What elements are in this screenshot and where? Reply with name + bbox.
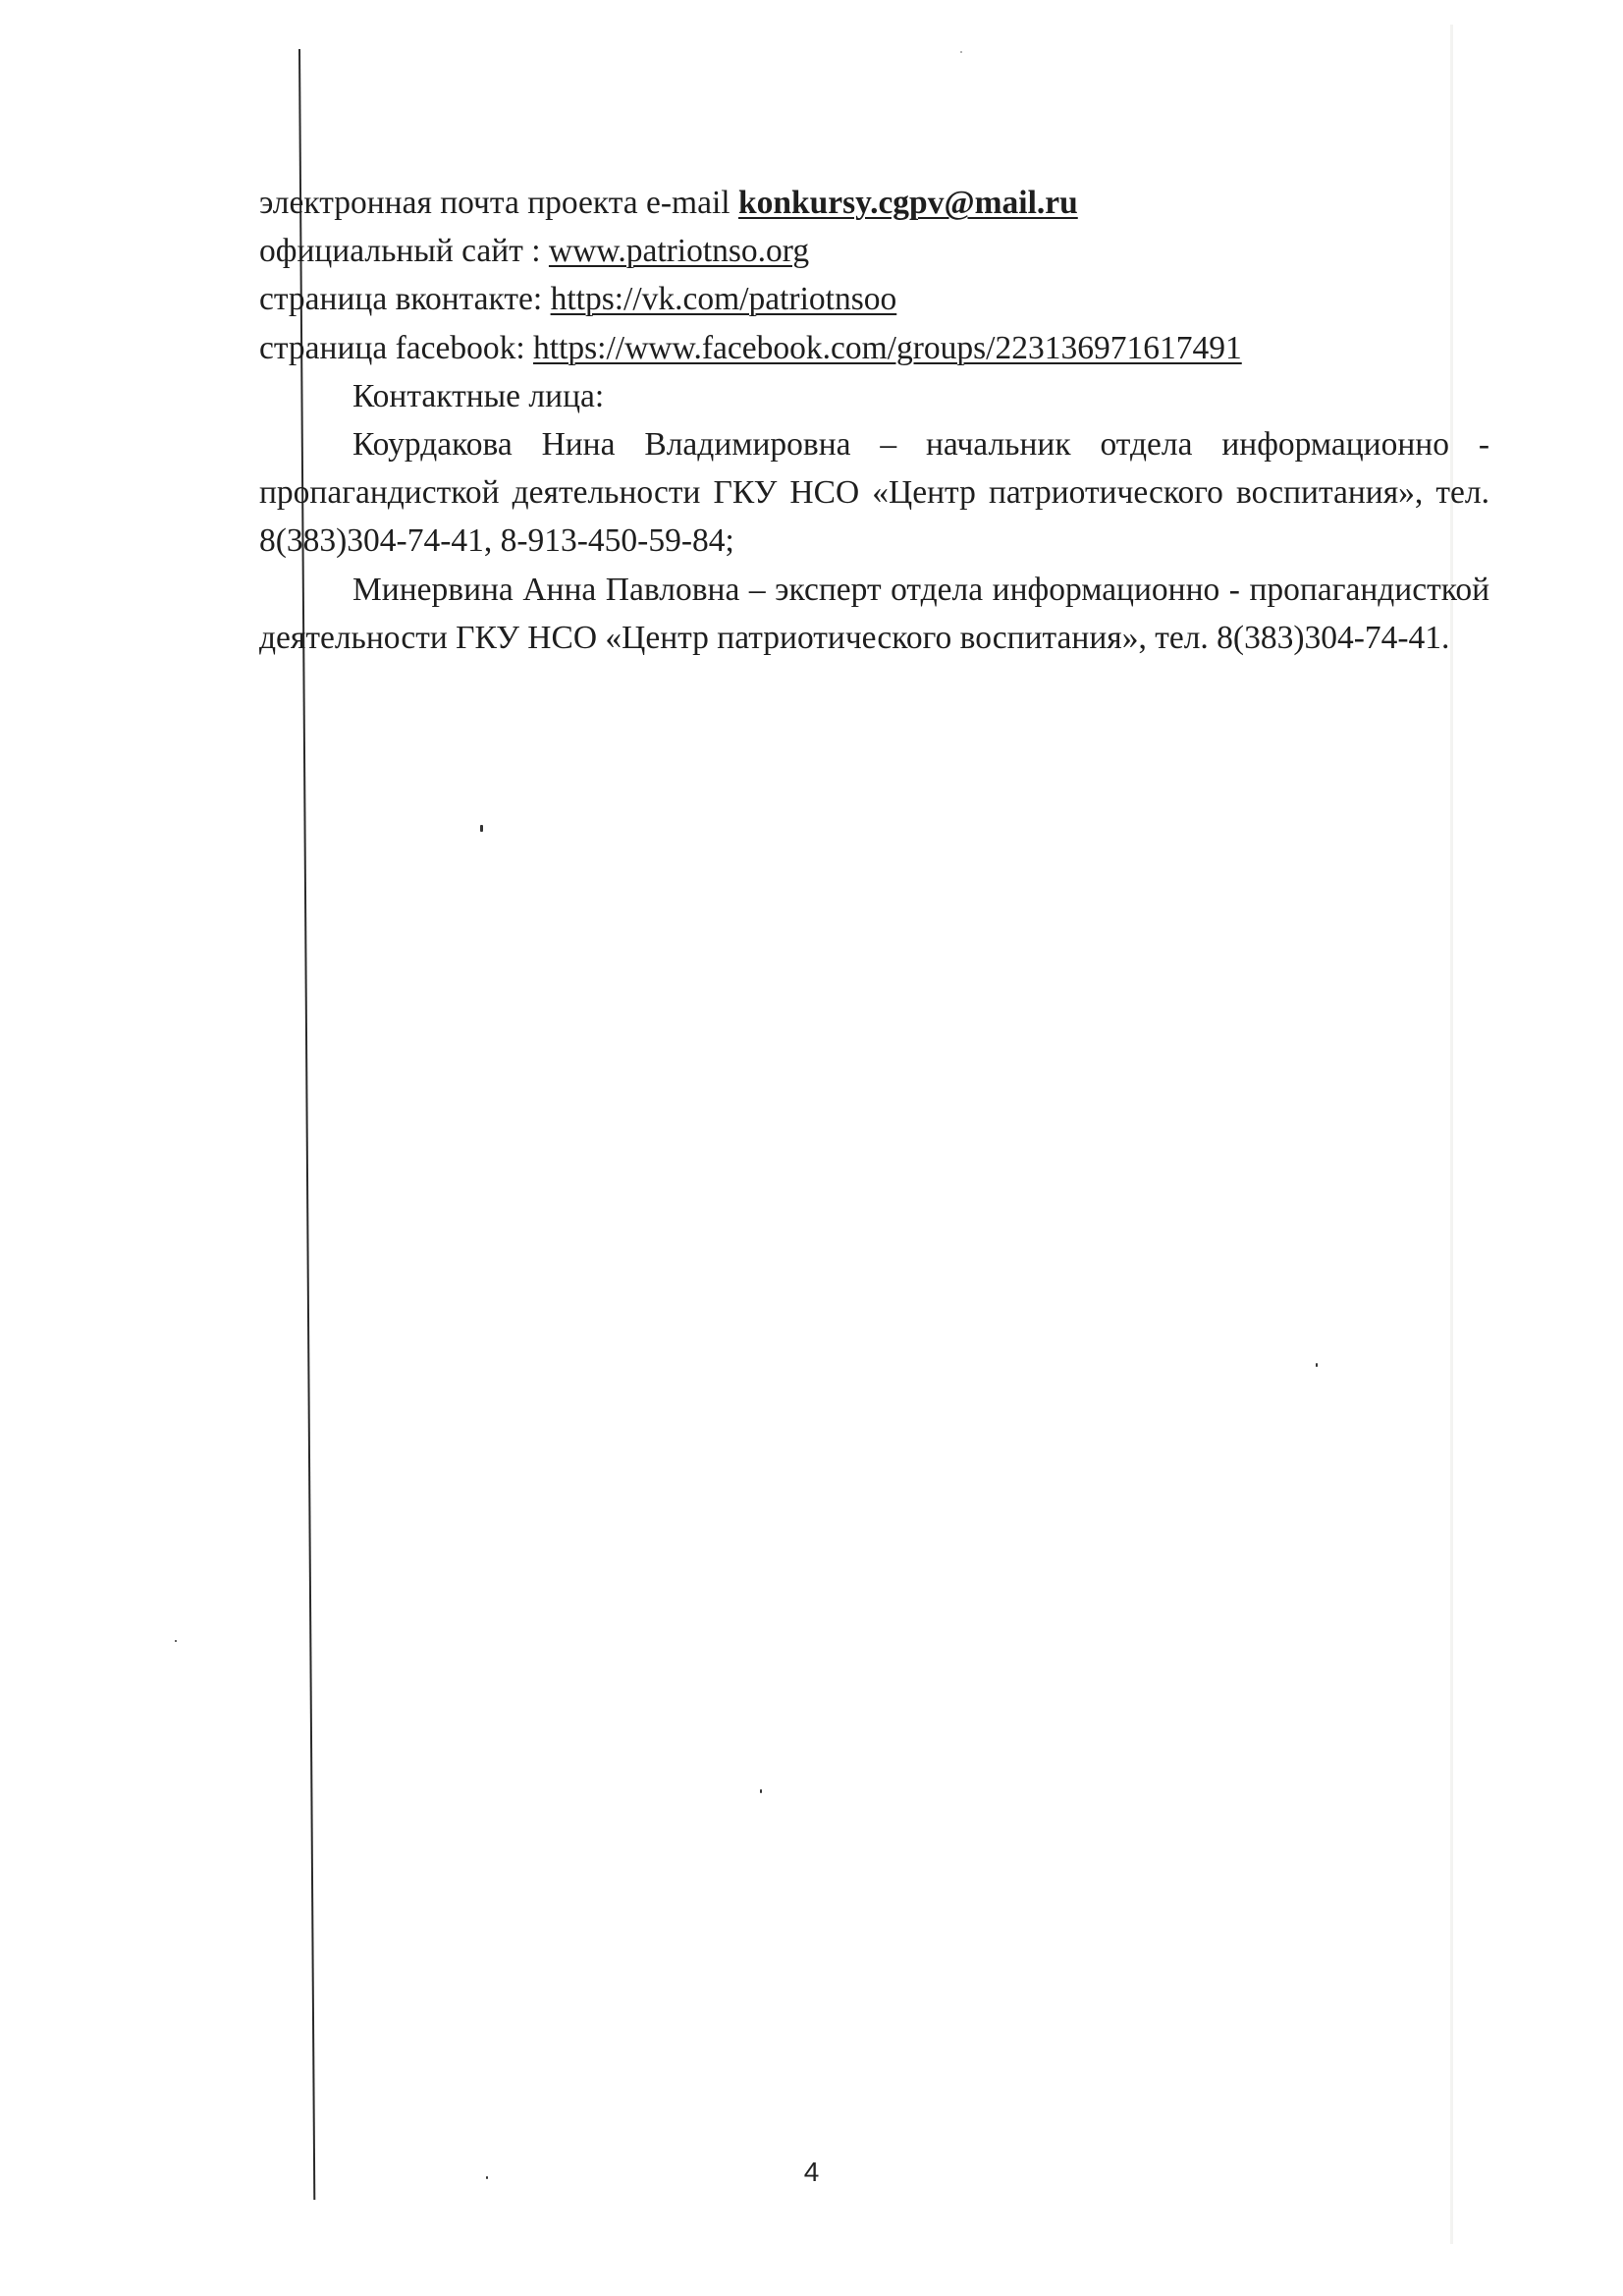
email-label: электронная почта проекта e-mail [259,185,738,221]
contact-person-1: Коурдакова Нина Владимировна – начальник… [259,420,1489,566]
scan-speck [1316,1363,1318,1367]
vk-label: страница вконтакте: [259,281,551,317]
scan-speck [960,51,962,53]
document-body: электронная почта проекта e-mail konkurs… [259,179,1489,662]
facebook-label: страница facebook: [259,330,533,366]
vk-line: страница вконтакте: https://vk.com/patri… [259,275,1489,323]
document-page: электронная почта проекта e-mail konkurs… [0,0,1623,2296]
page-number: 4 [0,2157,1623,2188]
email-link[interactable]: konkursy.cgpv@mail.ru [738,185,1078,221]
contact-persons-heading: Контактные лица: [259,372,1489,420]
website-line: официальный сайт : www.patriotnso.org [259,227,1489,275]
scan-speck [175,1640,177,1642]
email-line: электронная почта проекта e-mail konkurs… [259,179,1489,227]
facebook-link[interactable]: https://www.facebook.com/groups/22313697… [533,330,1242,366]
scan-speck [480,825,483,832]
vk-link[interactable]: https://vk.com/patriotnsoo [551,281,897,317]
contact-person-2: Минервина Анна Павловна – эксперт отдела… [259,566,1489,662]
scan-speck [760,1789,762,1793]
facebook-line: страница facebook: https://www.facebook.… [259,324,1489,372]
website-link[interactable]: www.patriotnso.org [549,233,809,269]
website-label: официальный сайт : [259,233,549,269]
scan-speck [486,2176,488,2179]
